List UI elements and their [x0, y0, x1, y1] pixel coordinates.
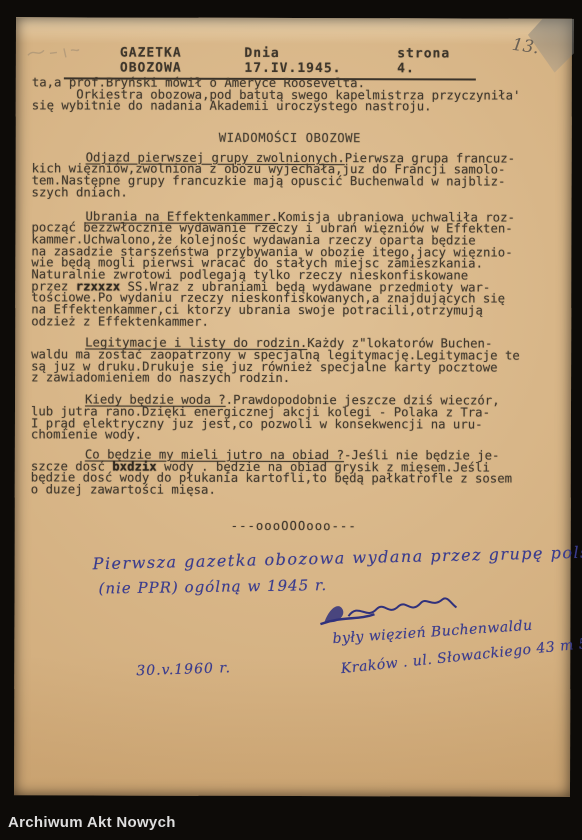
handwritten-note-line2: (nie PPR) ogólną w 1945 r. — [98, 576, 327, 597]
typewritten-body: ta,a prof.Bryński mówił o Ameryce Roosev… — [31, 67, 562, 533]
text-line: odzież z Effektenkammer. — [31, 316, 561, 329]
page-number-pencil: 13. — [511, 35, 541, 59]
article-lines: tościowe.Po wydaniu rzeczy nieskonfiskow… — [31, 293, 561, 329]
article-lines: będzie dosć wody do płukania kartofli,to… — [31, 473, 561, 498]
article-departure: Odjazd pierwszej grupy zwolnionych.Pierw… — [32, 152, 562, 200]
archive-watermark-bar: Archiwum Akt Nowych — [0, 804, 582, 840]
text-line: z zawiadomieniem do naszych rodzin. — [31, 373, 561, 386]
typographic-divider: ---oooOOOooo--- — [231, 520, 561, 533]
text-line: o duzej zawartości mięsa. — [31, 484, 561, 497]
handwritten-note-line1: Pierwsza gazetka obozowa wydana przez gr… — [92, 542, 582, 573]
article-clothing: Ubrania na Effektenkammer.Komisja ubrani… — [31, 211, 561, 329]
article-id-cards: Legitymacje i listy do rodzin.Każdy z"lo… — [31, 338, 561, 386]
text-line: szych dniach. — [32, 187, 562, 200]
document-page: 13. GAZETKA OBOZOWA Dnia 17.IV.1945. str… — [14, 17, 572, 796]
article-lines: począć bezzwłocznie wydawanie rzeczy i u… — [31, 223, 561, 283]
section-title: WIADOMOŚCI OBOZOWE — [219, 133, 562, 146]
intro-paragraph: ta,a prof.Bryński mówił o Ameryce Roosev… — [32, 77, 562, 113]
article-lines: kich więzniów,zwolniona z obozu wyjechał… — [32, 164, 562, 200]
archive-label: Archiwum Akt Nowych — [8, 814, 176, 831]
article-water: Kiedy będzie woda ?.Prawdopodobnie jeszc… — [31, 394, 561, 442]
scan-background: 13. GAZETKA OBOZOWA Dnia 17.IV.1945. str… — [0, 0, 582, 840]
article-lines: lub jutra rano.Dzięki energicznej akcji … — [31, 406, 561, 442]
handwritten-date: 30.v.1960 r. — [136, 660, 231, 679]
text-line: się wybitnie do nadania Akademii uroczys… — [32, 101, 562, 114]
article-dinner: Co będzie my mieli jutro na obiad ?-Jeśl… — [31, 449, 561, 497]
article-lines: waldu ma zostać zaopatrzony w specjalną … — [31, 349, 561, 385]
